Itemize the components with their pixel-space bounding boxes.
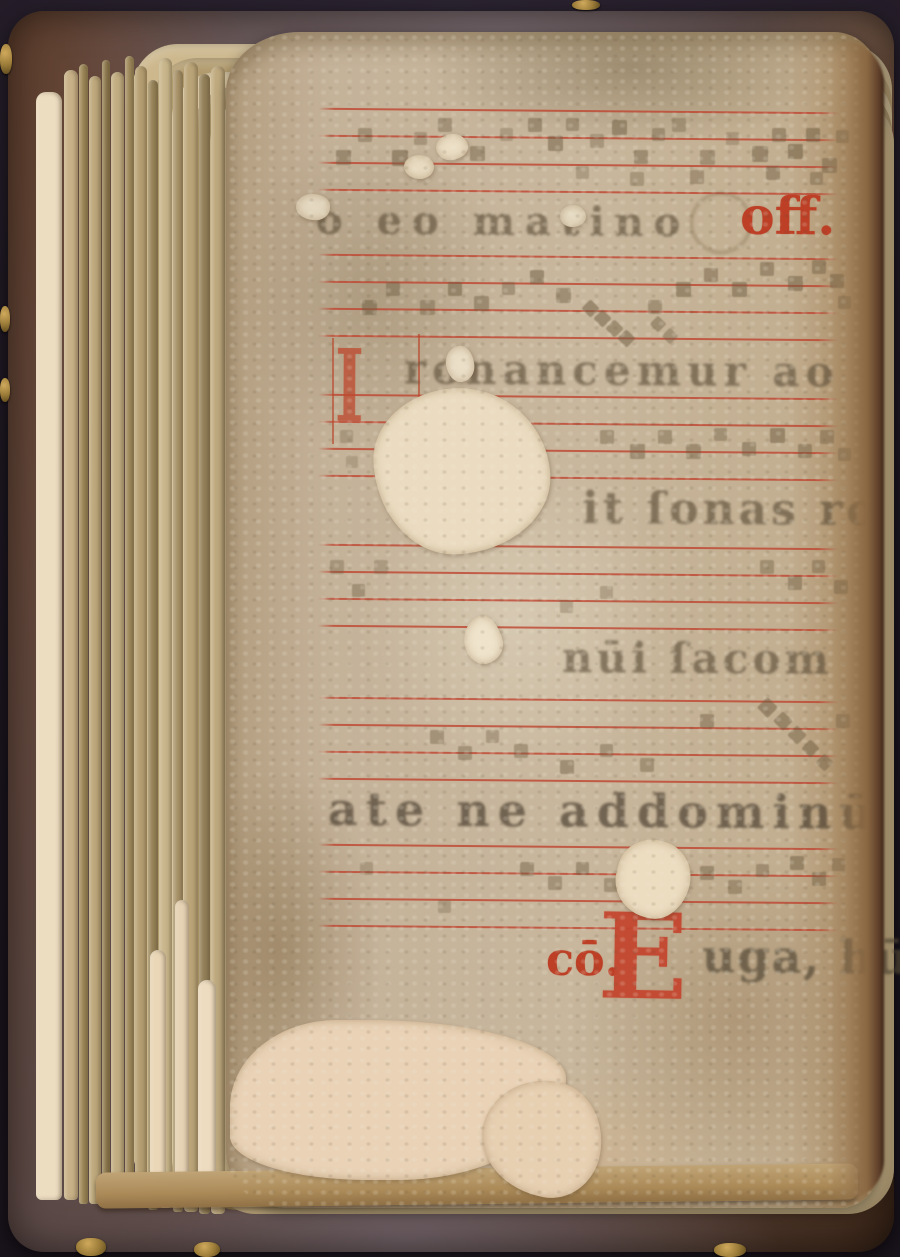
brass-boss xyxy=(0,306,10,332)
brass-boss xyxy=(194,1242,220,1257)
brass-boss xyxy=(0,378,10,402)
brass-boss xyxy=(714,1243,746,1257)
brass-boss xyxy=(0,44,12,74)
binding-hardware xyxy=(0,0,900,1257)
brass-boss xyxy=(572,0,600,10)
brass-boss xyxy=(76,1238,106,1256)
manuscript-photo: o eo matino off. I ronancemur ao it ſona… xyxy=(0,0,900,1257)
